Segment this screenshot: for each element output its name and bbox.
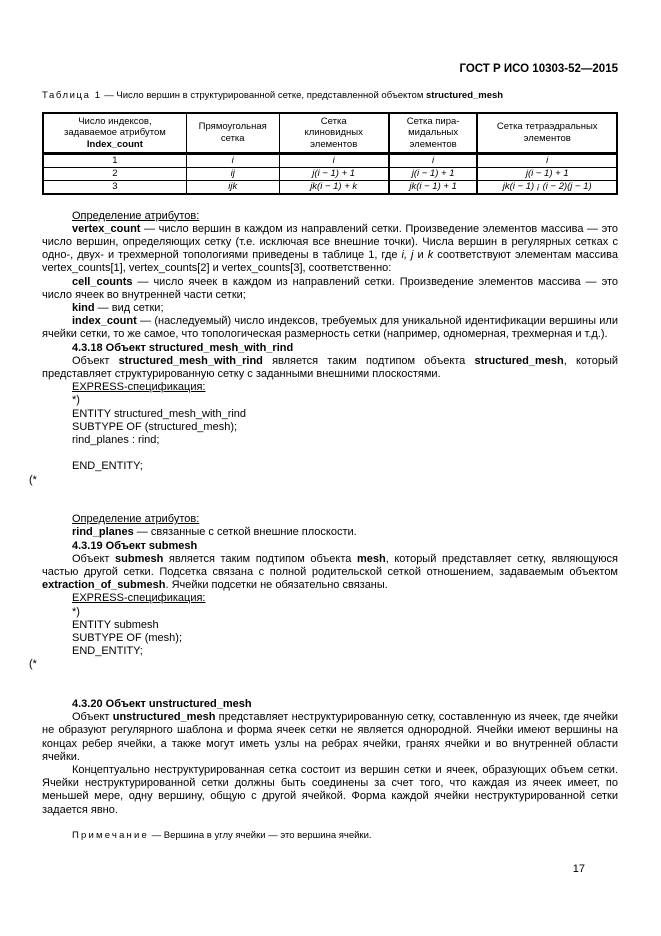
- table-cell: ijk: [186, 180, 279, 194]
- table-row: 1 i i i i: [43, 153, 617, 167]
- express-heading: EXPRESS-спецификация:: [72, 592, 618, 605]
- table-caption-text: — Число вершин в структурированной сетке…: [102, 90, 426, 101]
- code-line: SUBTYPE OF (structured_mesh);: [72, 421, 618, 434]
- code-line: END_ENTITY;: [72, 460, 618, 473]
- paragraph-4-3-20-b: Концептуально неструктурированная сетка …: [42, 764, 618, 817]
- table-header-row: Число индексов, задаваемое атрибутом Ind…: [43, 113, 617, 153]
- paragraph-kind: kind — вид сетки;: [42, 302, 618, 315]
- table-header-cell: Сетка тетраэдральных элементов: [477, 113, 617, 153]
- express-heading: EXPRESS-спецификация:: [72, 381, 618, 394]
- paragraph-4-3-20-a: Объект unstructured_mesh представляет не…: [42, 711, 618, 764]
- table-cell: i: [477, 153, 617, 167]
- code-line: ENTITY submesh: [72, 619, 618, 632]
- open-comment-marker: (*: [29, 658, 618, 671]
- table-cell: 2: [43, 167, 186, 180]
- table-cell: 1: [43, 153, 186, 167]
- code-line: *): [72, 394, 618, 407]
- table-cell: jk(i − 1) + k: [279, 180, 389, 194]
- paragraph-4-3-18: Объект structured_mesh_with_rind являетс…: [42, 355, 618, 381]
- paragraph-rind-planes: rind_planes — связанные с сеткой внешние…: [42, 526, 618, 539]
- table-cell: jk(i − 1) ¡ (i − 2)(j − 1): [477, 180, 617, 194]
- table-header-cell: Прямоугольная сетка: [186, 113, 279, 153]
- table-caption-object: structured_mesh: [426, 90, 503, 101]
- table-cell: i: [389, 153, 478, 167]
- table-cell: 3: [43, 180, 186, 194]
- table-caption-label: Таблица 1: [42, 90, 102, 101]
- code-line: ENTITY structured_mesh_with_rind: [72, 408, 618, 421]
- section-heading-4-3-20: 4.3.20 Объект unstructured_mesh: [42, 698, 618, 711]
- paragraph-4-3-19: Объект submesh является таким подтипом о…: [42, 553, 618, 593]
- note: Примечание — Вершина в углу ячейки — это…: [72, 830, 618, 842]
- paragraph-vertex-count: vertex_count — число вершин в каждом из …: [42, 223, 618, 276]
- table-row: 3 ijk jk(i − 1) + k jk(i − 1) + 1 jk(i −…: [43, 180, 617, 194]
- attrs-heading: Определение атрибутов:: [72, 513, 618, 526]
- table-cell: j(i − 1) + 1: [279, 167, 389, 180]
- table-cell: ij: [186, 167, 279, 180]
- open-comment-marker: (*: [29, 474, 618, 487]
- document-body: Определение атрибутов: vertex_count — чи…: [42, 210, 618, 842]
- vertex-count-table: Число индексов, задаваемое атрибутом Ind…: [42, 112, 618, 195]
- table-cell: j(i − 1) + 1: [477, 167, 617, 180]
- page-number: 17: [573, 863, 585, 875]
- paragraph-cell-counts: cell_counts — число ячеек в каждом из на…: [42, 276, 618, 302]
- document-page: ГОСТ Р ИСО 10303-52—2015 Таблица 1 — Чис…: [0, 0, 661, 936]
- paragraph-index-count: index_count — (наследуемый) число индекс…: [42, 315, 618, 341]
- note-text: — Вершина в углу ячейки — это вершина яч…: [149, 830, 372, 841]
- attrs-heading: Определение атрибутов:: [72, 210, 618, 223]
- note-label: Примечание: [72, 830, 149, 841]
- table-cell: i: [279, 153, 389, 167]
- section-heading-4-3-18: 4.3.18 Объект structured_mesh_with_rind: [42, 342, 618, 355]
- code-line: END_ENTITY;: [72, 645, 618, 658]
- table-row: 2 ij j(i − 1) + 1 j(i − 1) + 1 j(i − 1) …: [43, 167, 617, 180]
- table-cell: j(i − 1) + 1: [389, 167, 478, 180]
- table-cell: i: [186, 153, 279, 167]
- table-cell: jk(i − 1) + 1: [389, 180, 478, 194]
- doc-code: ГОСТ Р ИСО 10303-52—2015: [42, 63, 618, 76]
- table-header-cell: Число индексов, задаваемое атрибутом Ind…: [43, 113, 186, 153]
- blank-line: [42, 447, 618, 460]
- code-line: rind_planes : rind;: [72, 434, 618, 447]
- code-line: *): [72, 606, 618, 619]
- table-header-cell: Сетка клиновидных элементов: [279, 113, 389, 153]
- section-heading-4-3-19: 4.3.19 Объект submesh: [42, 540, 618, 553]
- table-header-cell: Сетка пира- мидальных элементов: [389, 113, 478, 153]
- table-caption: Таблица 1 — Число вершин в структурирова…: [42, 90, 618, 102]
- code-line: SUBTYPE OF (mesh);: [72, 632, 618, 645]
